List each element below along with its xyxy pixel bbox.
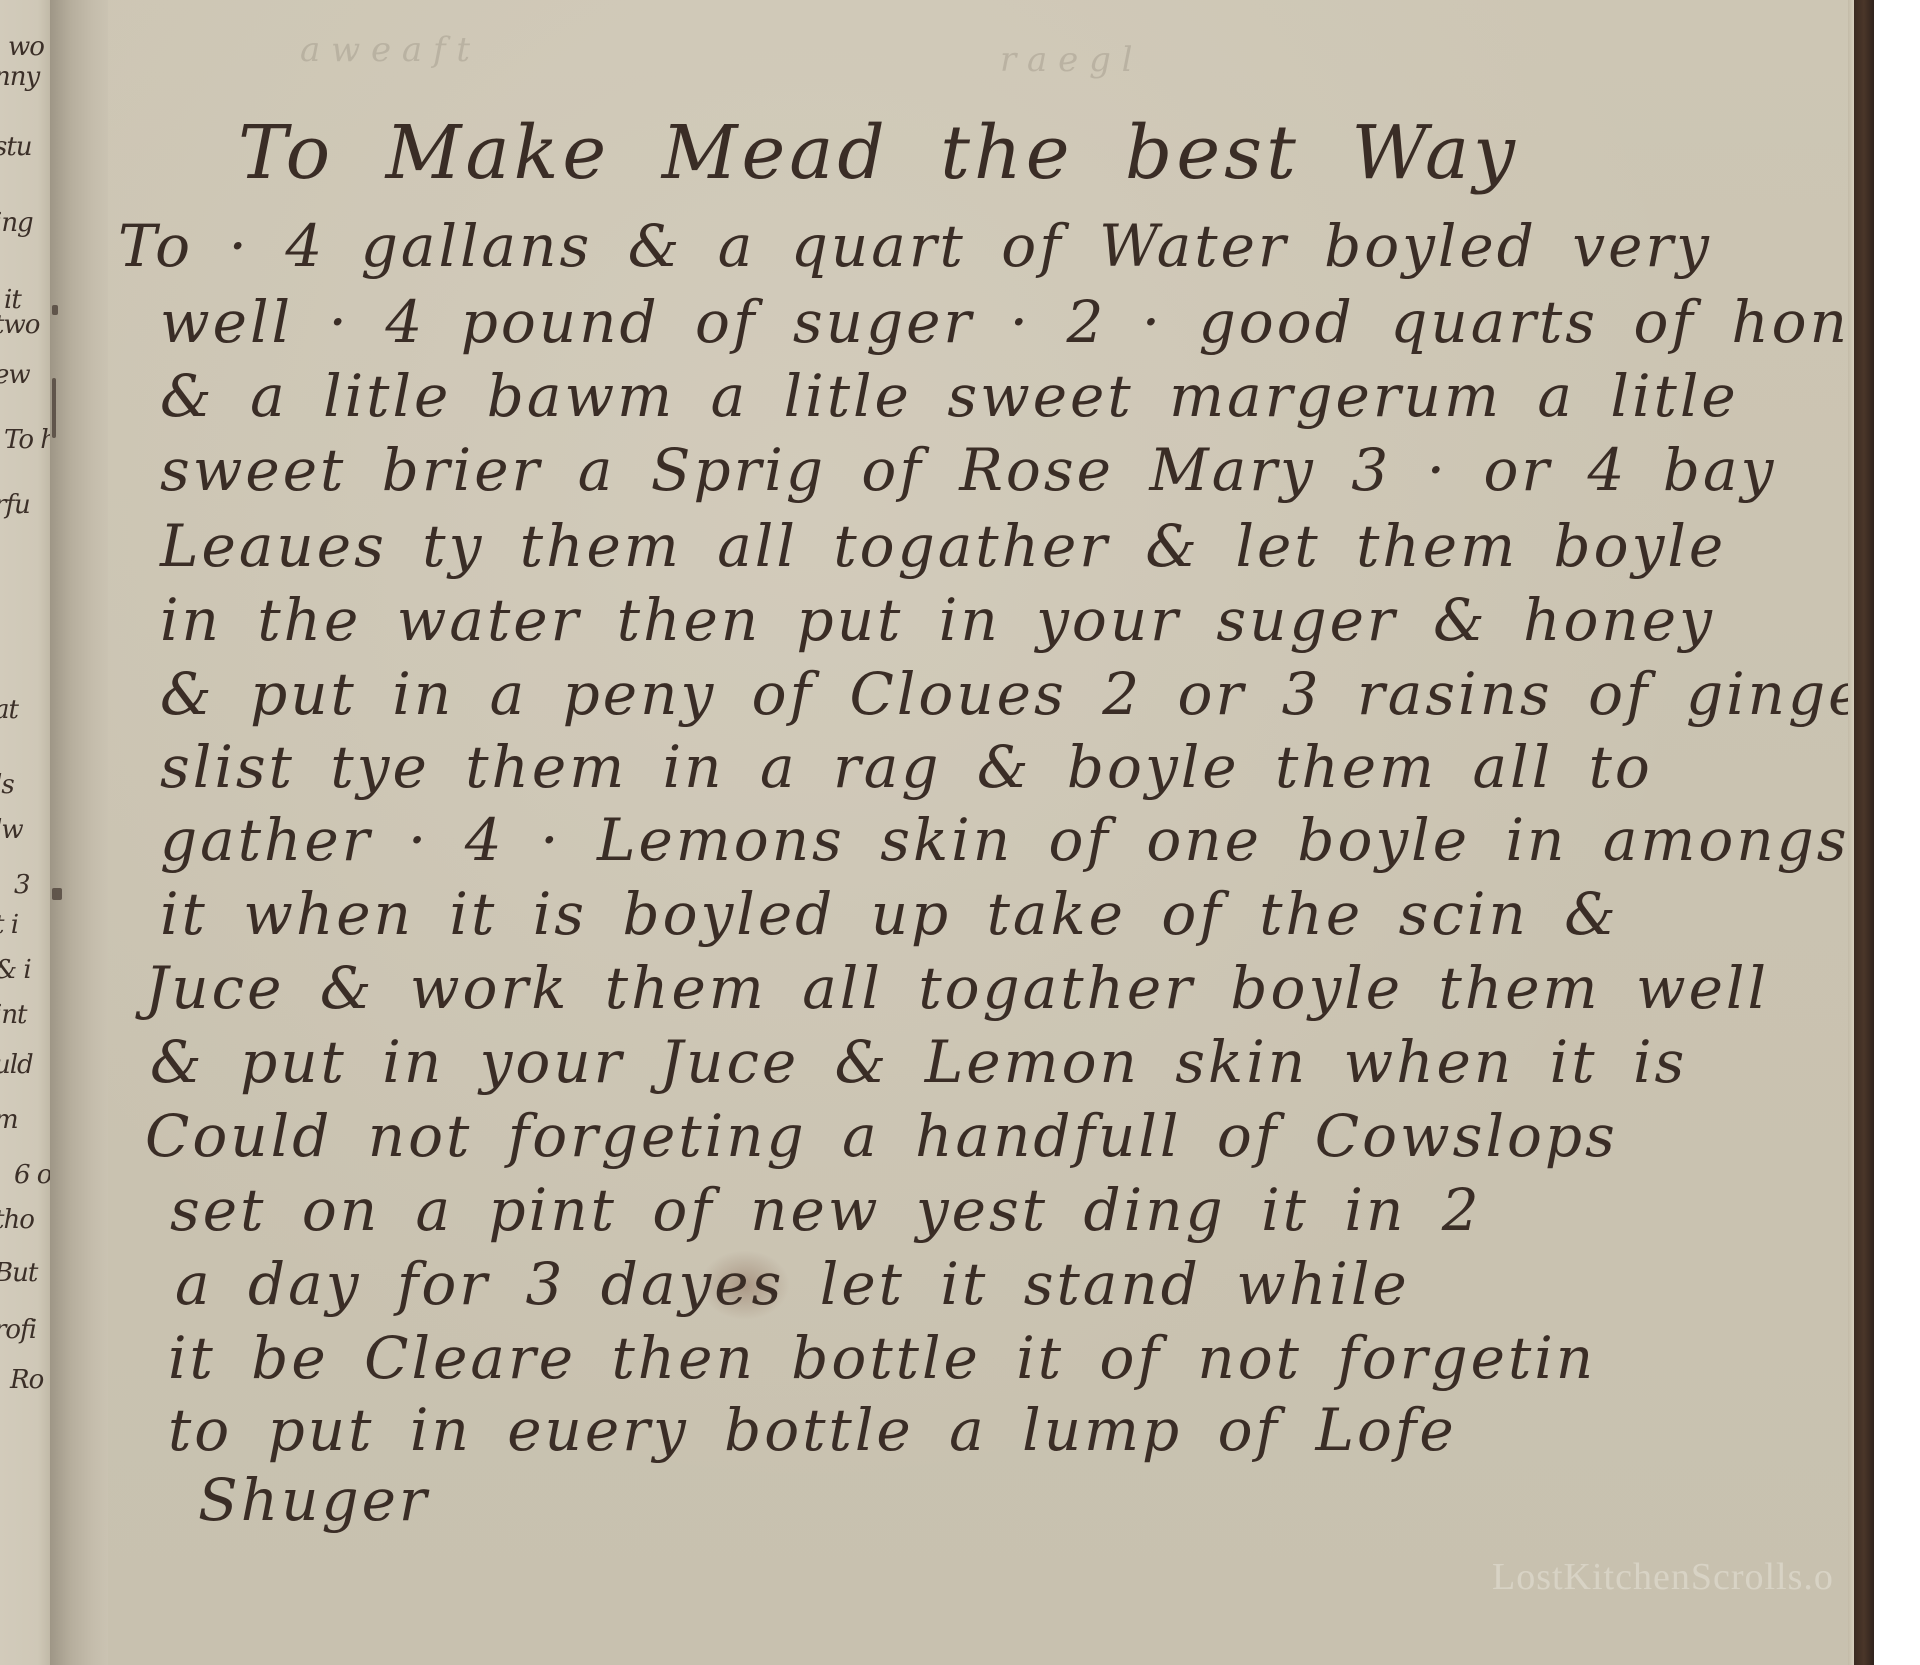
manuscript-text: To Make Mead the best Way To · 4 gallans… xyxy=(0,0,1920,1665)
manuscript-line: gather · 4 · Lemons skin of one boyle in… xyxy=(160,806,1876,874)
manuscript-line: Shuger xyxy=(198,1466,430,1534)
manuscript-line: in the water then put in your suger & ho… xyxy=(160,586,1715,654)
manuscript-line: & a litle bawm a litle sweet margerum a … xyxy=(160,362,1739,430)
scan-background xyxy=(1874,0,1920,1665)
manuscript-line: & put in your Juce & Lemon skin when it … xyxy=(150,1028,1687,1096)
manuscript-line: well · 4 pound of suger · 2 · good quart… xyxy=(160,288,1920,356)
manuscript-line: it be Cleare then bottle it of not forge… xyxy=(168,1324,1596,1392)
manuscript-line: to put in euery bottle a lump of Lofe xyxy=(168,1396,1457,1464)
book-binding xyxy=(1854,0,1874,1665)
manuscript-line: set on a pint of new yest ding it in 2 xyxy=(170,1176,1482,1244)
manuscript-line: slist tye them in a rag & boyle them all… xyxy=(160,733,1653,801)
manuscript-line: Leaues ty them all togather & let them b… xyxy=(160,512,1726,580)
manuscript-scan: wo nny stu ing it two ew To h rfu at ls … xyxy=(0,0,1920,1665)
manuscript-line: & put in a peny of Cloues 2 or 3 rasins … xyxy=(160,660,1896,728)
manuscript-line: Juce & work them all togather boyle them… xyxy=(145,954,1769,1022)
manuscript-line: it when it is boyled up take of the scin… xyxy=(160,880,1619,948)
manuscript-line: To · 4 gallans & a quart of Water boyled… xyxy=(118,212,1712,280)
site-watermark: LostKitchenScrolls.o xyxy=(1492,1555,1834,1599)
manuscript-line: Could not forgeting a handfull of Cowslo… xyxy=(145,1102,1618,1170)
manuscript-line: a day for 3 dayes let it stand while xyxy=(175,1250,1410,1318)
recipe-title: To Make Mead the best Way xyxy=(238,110,1519,196)
manuscript-line: sweet brier a Sprig of Rose Mary 3 · or … xyxy=(160,436,1776,504)
